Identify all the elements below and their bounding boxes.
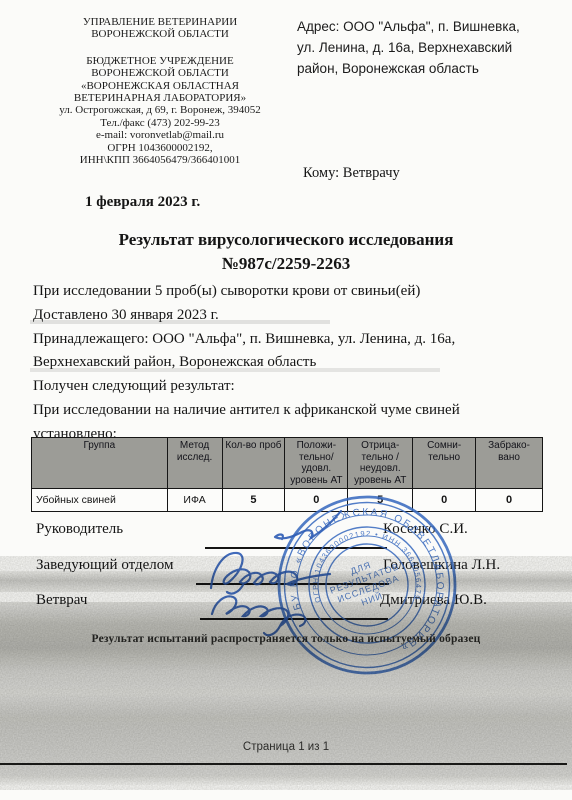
column-header-rejected: Забрако- вано: [476, 438, 543, 489]
letterhead-contact-line: ул. Острогожская, д 69, г. Воронеж, 3940…: [28, 104, 292, 116]
column-header-group: Группа: [32, 438, 168, 489]
signature-role-head-of-department: Заведующий отделом: [36, 557, 173, 574]
scanned-document-page: УПРАВЛЕНИЕ ВЕТЕРИНАРИИ ВОРОНЕЖСКОЙ ОБЛАС…: [0, 0, 572, 800]
column-header-positive: Положи- тельно/ удовл. уровень АТ: [285, 438, 348, 489]
recipient-address-line: ул. Ленина, д. 16а, Верхнехавский: [297, 37, 565, 58]
body-line: При исследовании 5 проб(ы) сыворотки кро…: [33, 280, 553, 304]
document-title-line1: Результат вирусологического исследования: [0, 228, 572, 252]
round-stamp: БУ ВО «ВОРОНЕЖСКАЯ ОБЛВЕТЛАБОРАТОРИЯ» ОГ…: [268, 492, 466, 678]
signature-role-veterinarian: Ветврач: [36, 592, 87, 609]
letterhead: УПРАВЛЕНИЕ ВЕТЕРИНАРИИ ВОРОНЕЖСКОЙ ОБЛАС…: [28, 16, 292, 166]
letterhead-department-line: ВОРОНЕЖСКОЙ ОБЛАСТИ: [28, 28, 292, 40]
body-line: Принадлежащего: ООО "Альфа", п. Вишневка…: [33, 328, 553, 352]
document-date: 1 февраля 2023 г.: [85, 194, 200, 211]
column-header-sample-count: Кол-во проб: [222, 438, 285, 489]
letterhead-organization-line: ВЕТЕРИНАРНАЯ ЛАБОРАТОРИЯ»: [28, 92, 292, 104]
signature-role-director: Руководитель: [36, 521, 123, 538]
document-title: Результат вирусологического исследования…: [0, 228, 572, 276]
letterhead-contact-line: Тел./факс (473) 202-99-23: [28, 117, 292, 129]
body-line: Верхнехавский район, Воронежская область: [33, 351, 553, 375]
letterhead-department-line: УПРАВЛЕНИЕ ВЕТЕРИНАРИИ: [28, 16, 292, 28]
body-line: Доставлено 30 января 2023 г.: [33, 304, 553, 328]
recipient-address-line: Адрес: ООО "Альфа", п. Вишневка,: [297, 16, 565, 37]
disclaimer-text: Результат испытаний распространяется тол…: [0, 633, 572, 645]
letterhead-contact-line: ОГРН 1043600002192,: [28, 142, 292, 154]
footer-rule: [0, 763, 567, 765]
body-line: Получен следующий результат:: [33, 375, 553, 399]
recipient-to: Кому: Ветврачу: [303, 165, 400, 182]
recipient-address: Адрес: ООО "Альфа", п. Вишневка, ул. Лен…: [297, 16, 565, 79]
letterhead-contact-line: ИНН\КПП 3664056479/366401001: [28, 154, 292, 166]
page-number: Страница 1 из 1: [0, 741, 572, 753]
cell-group: Убойных свиней: [32, 489, 168, 512]
document-title-number: №987с/2259-2263: [0, 252, 572, 276]
recipient-address-line: район, Воронежская область: [297, 58, 565, 79]
document-body: При исследовании 5 проб(ы) сыворотки кро…: [33, 280, 553, 447]
column-header-negative: Отрица- тельно / неудовл. уровень АТ: [348, 438, 413, 489]
cell-method: ИФА: [167, 489, 222, 512]
letterhead-organization-line: «ВОРОНЕЖСКАЯ ОБЛАСТНАЯ: [28, 80, 292, 92]
column-header-doubtful: Сомни- тельно: [413, 438, 476, 489]
column-header-method: Метод исслед.: [167, 438, 222, 489]
cell-rejected: 0: [476, 489, 543, 512]
body-line: При исследовании на наличие антител к аф…: [33, 399, 553, 423]
results-table-header-row: Группа Метод исслед. Кол-во проб Положи-…: [32, 438, 543, 489]
letterhead-contact-line: e-mail: voronvetlab@mail.ru: [28, 129, 292, 141]
letterhead-organization-line: БЮДЖЕТНОЕ УЧРЕЖДЕНИЕ: [28, 55, 292, 67]
letterhead-organization-line: ВОРОНЕЖСКОЙ ОБЛАСТИ: [28, 67, 292, 79]
